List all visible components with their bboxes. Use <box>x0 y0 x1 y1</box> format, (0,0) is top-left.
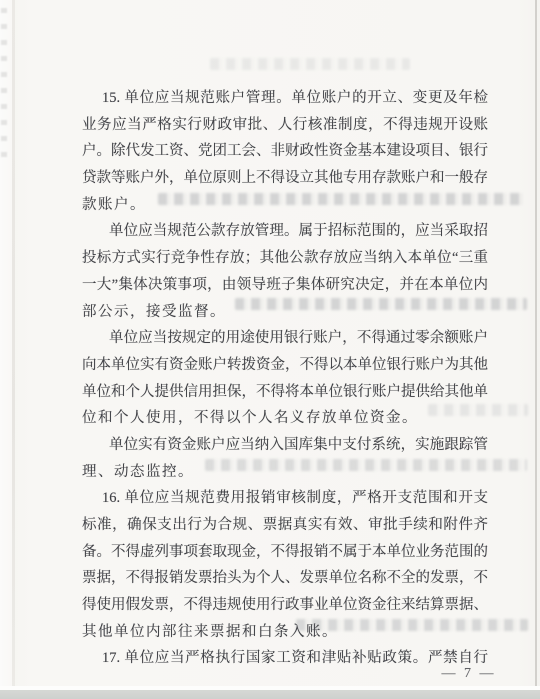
paragraph: 单位实有资金账户应当纳入国库集中支付系统，实施跟踪管理、动态监控。 <box>82 432 488 485</box>
scanner-bed-strip <box>0 690 540 699</box>
text-line: 位和个人使用，不得以个人名义存放单位资金。 <box>82 405 488 432</box>
page-number: — 7 — <box>442 666 497 682</box>
text-line: 得使用假发票，不得违规使用行政事业单位资金往来结算票据、 <box>82 592 488 619</box>
paragraph: 17. 单位应当严格执行国家工资和津贴补贴政策。严禁自行 <box>82 645 488 672</box>
text-line: 单位实有资金账户应当纳入国库集中支付系统，实施跟踪管 <box>82 432 488 459</box>
text-line: 单位应当规范公款存放管理。属于招标范围的，应当采取招 <box>82 218 488 245</box>
text-line: 16. 单位应当规范费用报销审核制度，严格开支范围和开支 <box>82 485 488 512</box>
scan-artifact <box>210 58 410 70</box>
text-line: 一大”集体决策事项，由领导班子集体研究决定，并在本单位内 <box>82 272 488 299</box>
text-line: 备。不得虚列事项套取现金，不得报销不属于本单位业务范围的 <box>82 539 488 566</box>
paragraph: 16. 单位应当规范费用报销审核制度，严格开支范围和开支标准，确保支出行为合规、… <box>82 485 488 645</box>
text-line: 部公示，接受监督。 <box>82 299 488 326</box>
paragraph: 单位应当规范公款存放管理。属于招标范围的，应当采取招投标方式实行竞争性存放；其他… <box>82 218 488 325</box>
page-right-edge-line <box>535 0 537 699</box>
text-line: 业务应当严格实行财政审批、人行核准制度，不得违规开设账 <box>82 112 488 139</box>
paragraph: 单位应当按规定的用途使用银行账户，不得通过零余额账户向本单位实有资金账户转拨资金… <box>82 325 488 432</box>
text-line: 向本单位实有资金账户转拨资金，不得以本单位银行账户为其他 <box>82 352 488 379</box>
document-body: 15. 单位应当规范账户管理。单位账户的开立、变更及年检业务应当严格实行财政审批… <box>82 85 488 672</box>
text-line: 标准，确保支出行为合规、票据真实有效、审批手续和附件齐 <box>82 512 488 539</box>
text-line: 款账户。 <box>82 192 488 219</box>
scanned-page: 15. 单位应当规范账户管理。单位账户的开立、变更及年检业务应当严格实行财政审批… <box>0 0 540 699</box>
text-line: 贷款等账户外，单位原则上不得设立其他专用存款账户和一般存 <box>82 165 488 192</box>
page-left-edge-line <box>12 0 15 699</box>
paragraph: 15. 单位应当规范账户管理。单位账户的开立、变更及年检业务应当严格实行财政审批… <box>82 85 488 218</box>
text-line: 15. 单位应当规范账户管理。单位账户的开立、变更及年检 <box>82 85 488 112</box>
text-line: 17. 单位应当严格执行国家工资和津贴补贴政策。严禁自行 <box>82 645 488 672</box>
text-line: 票据，不得报销发票抬头为个人、发票单位名称不全的发票，不 <box>82 565 488 592</box>
text-line: 其他单位内部往来票据和白条入账。 <box>82 619 488 646</box>
text-line: 单位和个人提供信用担保，不得将本单位银行账户提供给其他单 <box>82 379 488 406</box>
text-line: 户。除代发工资、党团工会、非财政性资金基本建设项目、银行 <box>82 138 488 165</box>
text-line: 单位应当按规定的用途使用银行账户，不得通过零余额账户 <box>82 325 488 352</box>
scan-speck-artifact <box>1 8 7 168</box>
text-line: 投标方式实行竞争性存放；其他公款存放应当纳入本单位“三重 <box>82 245 488 272</box>
text-line: 理、动态监控。 <box>82 459 488 486</box>
